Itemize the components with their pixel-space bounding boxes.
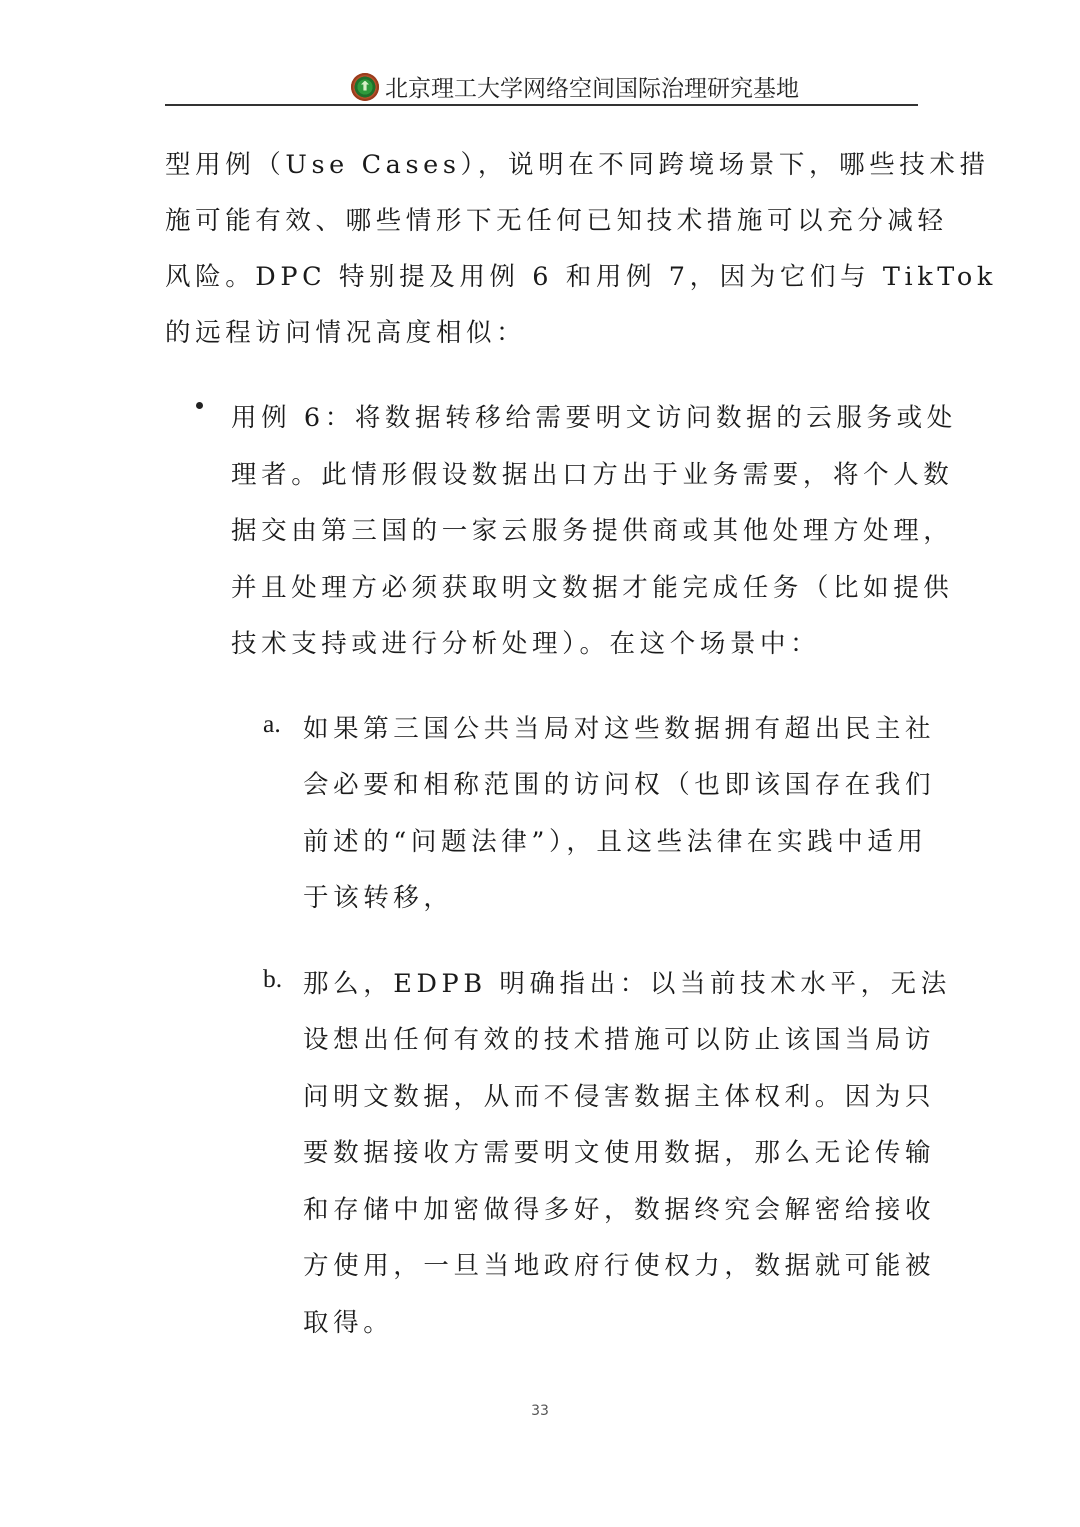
sub-item-marker-b: b. <box>263 964 282 994</box>
sub-item-line: 要数据接收方需要明文使用数据，那么无论传输 <box>303 1133 935 1169</box>
sub-item-line: 取得。 <box>303 1303 393 1339</box>
sub-item-line: 于该转移， <box>303 878 454 914</box>
sub-item-line: 问明文数据，从而不侵害数据主体权利。因为只 <box>303 1077 935 1113</box>
bullet-line: 用例 6：将数据转移给需要明文访问数据的云服务或处 <box>231 398 957 434</box>
header-brand: 北京理工大学网络空间国际治理研究基地 <box>351 70 799 103</box>
bullet-line: 技术支持或进行分析处理）。在这个场景中： <box>231 624 820 660</box>
bullet-line: 据交由第三国的一家云服务提供商或其他处理方处理， <box>231 511 953 547</box>
bullet-line: 并且处理方必须获取明文数据才能完成任务（比如提供 <box>231 568 953 604</box>
sub-item-line: 方使用，一旦当地政府行使权力，数据就可能被 <box>303 1246 935 1282</box>
sub-item-line: 如果第三国公共当局对这些数据拥有超出民主社 <box>303 709 935 745</box>
paragraph-line: 型用例（Use Cases），说明在不同跨境场景下，哪些技术措 <box>165 145 990 181</box>
sub-item-line: 前述的“问题法律”），且这些法律在实践中适用 <box>303 822 928 858</box>
bullet-marker <box>196 402 203 409</box>
sub-item-marker-a: a. <box>263 709 281 739</box>
sub-item-line: 那么，EDPB 明确指出：以当前技术水平，无法 <box>303 964 951 1000</box>
page-number: 33 <box>0 1403 1080 1419</box>
bullet-line: 理者。此情形假设数据出口方出于业务需要，将个人数 <box>231 455 953 491</box>
sub-item-line: 和存储中加密做得多好，数据终究会解密给接收 <box>303 1190 935 1226</box>
university-emblem-icon <box>351 73 379 101</box>
header-divider <box>165 104 918 106</box>
page-header: 北京理工大学网络空间国际治理研究基地 <box>165 68 918 106</box>
sub-item-line: 会必要和相称范围的访问权（也即该国存在我们 <box>303 765 935 801</box>
header-title: 北京理工大学网络空间国际治理研究基地 <box>385 70 799 103</box>
paragraph-line: 的远程访问情况高度相似： <box>165 313 526 349</box>
paragraph-line: 风险。DPC 特别提及用例 6 和用例 7，因为它们与 TikTok <box>165 257 997 293</box>
sub-item-line: 设想出任何有效的技术措施可以防止该国当局访 <box>303 1020 935 1056</box>
paragraph-line: 施可能有效、哪些情形下无任何已知技术措施可以充分减轻 <box>165 201 948 237</box>
